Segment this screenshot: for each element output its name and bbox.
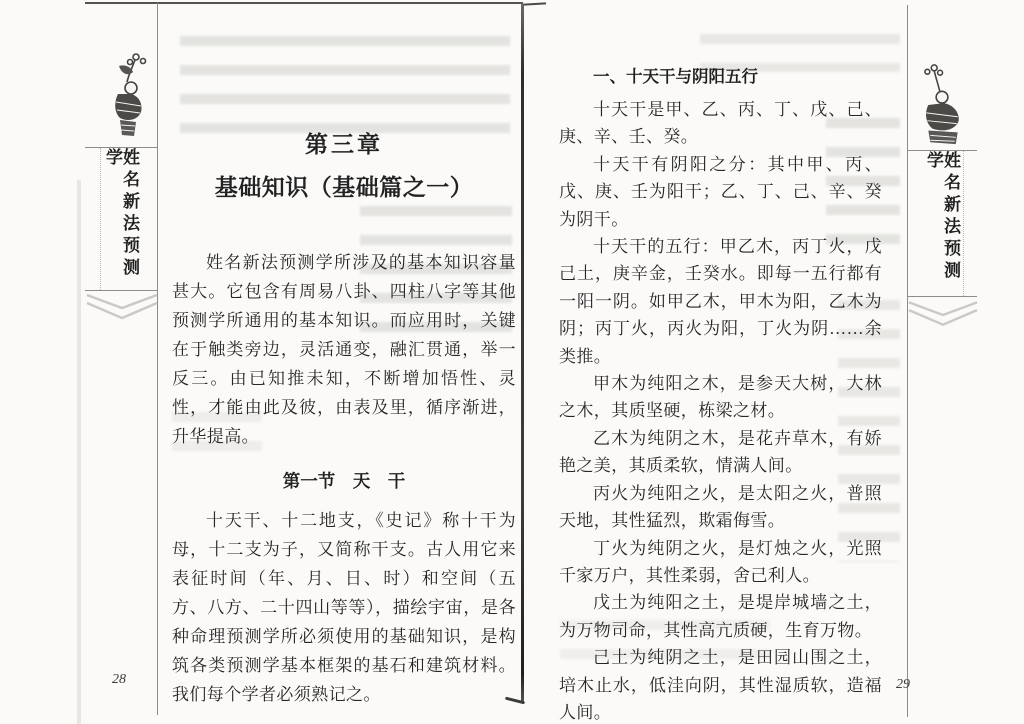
paragraph: 己土为纯阴之土，是田园山围之土，培木止水，低洼向阴，其性湿质软，造福人间。 [559, 644, 882, 724]
woodcut-figure-icon [96, 50, 158, 149]
right-margin-rule [907, 5, 908, 717]
paragraph: 戊土为纯阳之土，是堤岸城墙之土，为万物司命，其性高亢质硬，生育万物。 [559, 589, 882, 644]
paragraph: 十天干是甲、乙、丙、丁、戊、己、庚、辛、壬、癸。 [559, 96, 882, 151]
binding-top-curve [524, 2, 546, 5]
right-edge-title-box: 姓名新法预测学 [907, 150, 977, 297]
section-heading: 第一节 天 干 [172, 468, 516, 493]
paragraph: 甲木为纯阳之木，是参天大树，大林之木，其质坚硬，栋梁之材。 [559, 370, 882, 425]
paragraph: 乙木为纯阴之木，是花卉草木，有娇艳之美，其质柔软，情满人间。 [559, 425, 882, 480]
right-page-text-block: 一、十天干与阴阳五行 十天干是甲、乙、丙、丁、戊、己、庚、辛、壬、癸。 十天干有… [559, 0, 882, 724]
margin-chevron-ornament [908, 299, 978, 336]
chapter-title: 基础知识（基础篇之一） [172, 169, 516, 202]
margin-chevron-ornament [86, 292, 158, 329]
subsection-heading: 一、十天干与阴阳五行 [559, 63, 882, 87]
woodcut-figure-icon [912, 60, 974, 157]
left-page-text-block: 第三章 基础知识（基础篇之一） 姓名新法预测学所涉及的基本知识容量甚大。它包含有… [172, 0, 516, 709]
book-binding-gutter [521, 3, 524, 702]
left-edge-title-box: 姓名新法预测学 [85, 147, 157, 291]
right-page-number: 29 [896, 677, 910, 693]
left-edge-book-title: 姓名新法预测学 [104, 148, 138, 290]
section-paragraph: 十天干、十二地支，《史记》称十干为母，十二支为子，又简称干支。古人用它来表征时间… [172, 506, 516, 709]
paragraph: 十天干的五行：甲乙木，丙丁火，戊己土，庚辛金，壬癸水。即每一五行都有一阳一阴。如… [559, 233, 882, 370]
intro-paragraph: 姓名新法预测学所涉及的基本知识容量甚大。它包含有周易八卦、四柱八字等其他预测学所… [172, 248, 516, 451]
edge-box-dotted-rule [963, 151, 964, 296]
left-page-number: 28 [112, 672, 126, 688]
chapter-heading: 第三章 基础知识（基础篇之一） [172, 126, 516, 202]
book-spread-scan: 姓名新法预测学 第三章 基础知识（基础篇之一） 姓名新法预测学所涉及的基本知识容… [0, 0, 1024, 724]
scan-edge-shadow [77, 180, 81, 724]
right-page-paragraphs: 十天干是甲、乙、丙、丁、戊、己、庚、辛、壬、癸。 十天干有阴阳之分：其中甲、丙、… [559, 96, 882, 724]
right-edge-book-title: 姓名新法预测学 [925, 151, 959, 296]
paragraph: 丁火为纯阴之火，是灯烛之火，光照千家万户，其性柔弱，舍己利人。 [559, 535, 882, 590]
paragraph: 丙火为纯阳之火，是太阳之火，普照天地，其性猛烈，欺霜侮雪。 [559, 480, 882, 535]
edge-box-dotted-rule [100, 148, 101, 290]
paragraph: 十天干有阴阳之分：其中甲、丙、戊、庚、壬为阳干；乙、丁、己、辛、癸为阴干。 [559, 151, 882, 233]
chapter-number: 第三章 [172, 126, 516, 159]
